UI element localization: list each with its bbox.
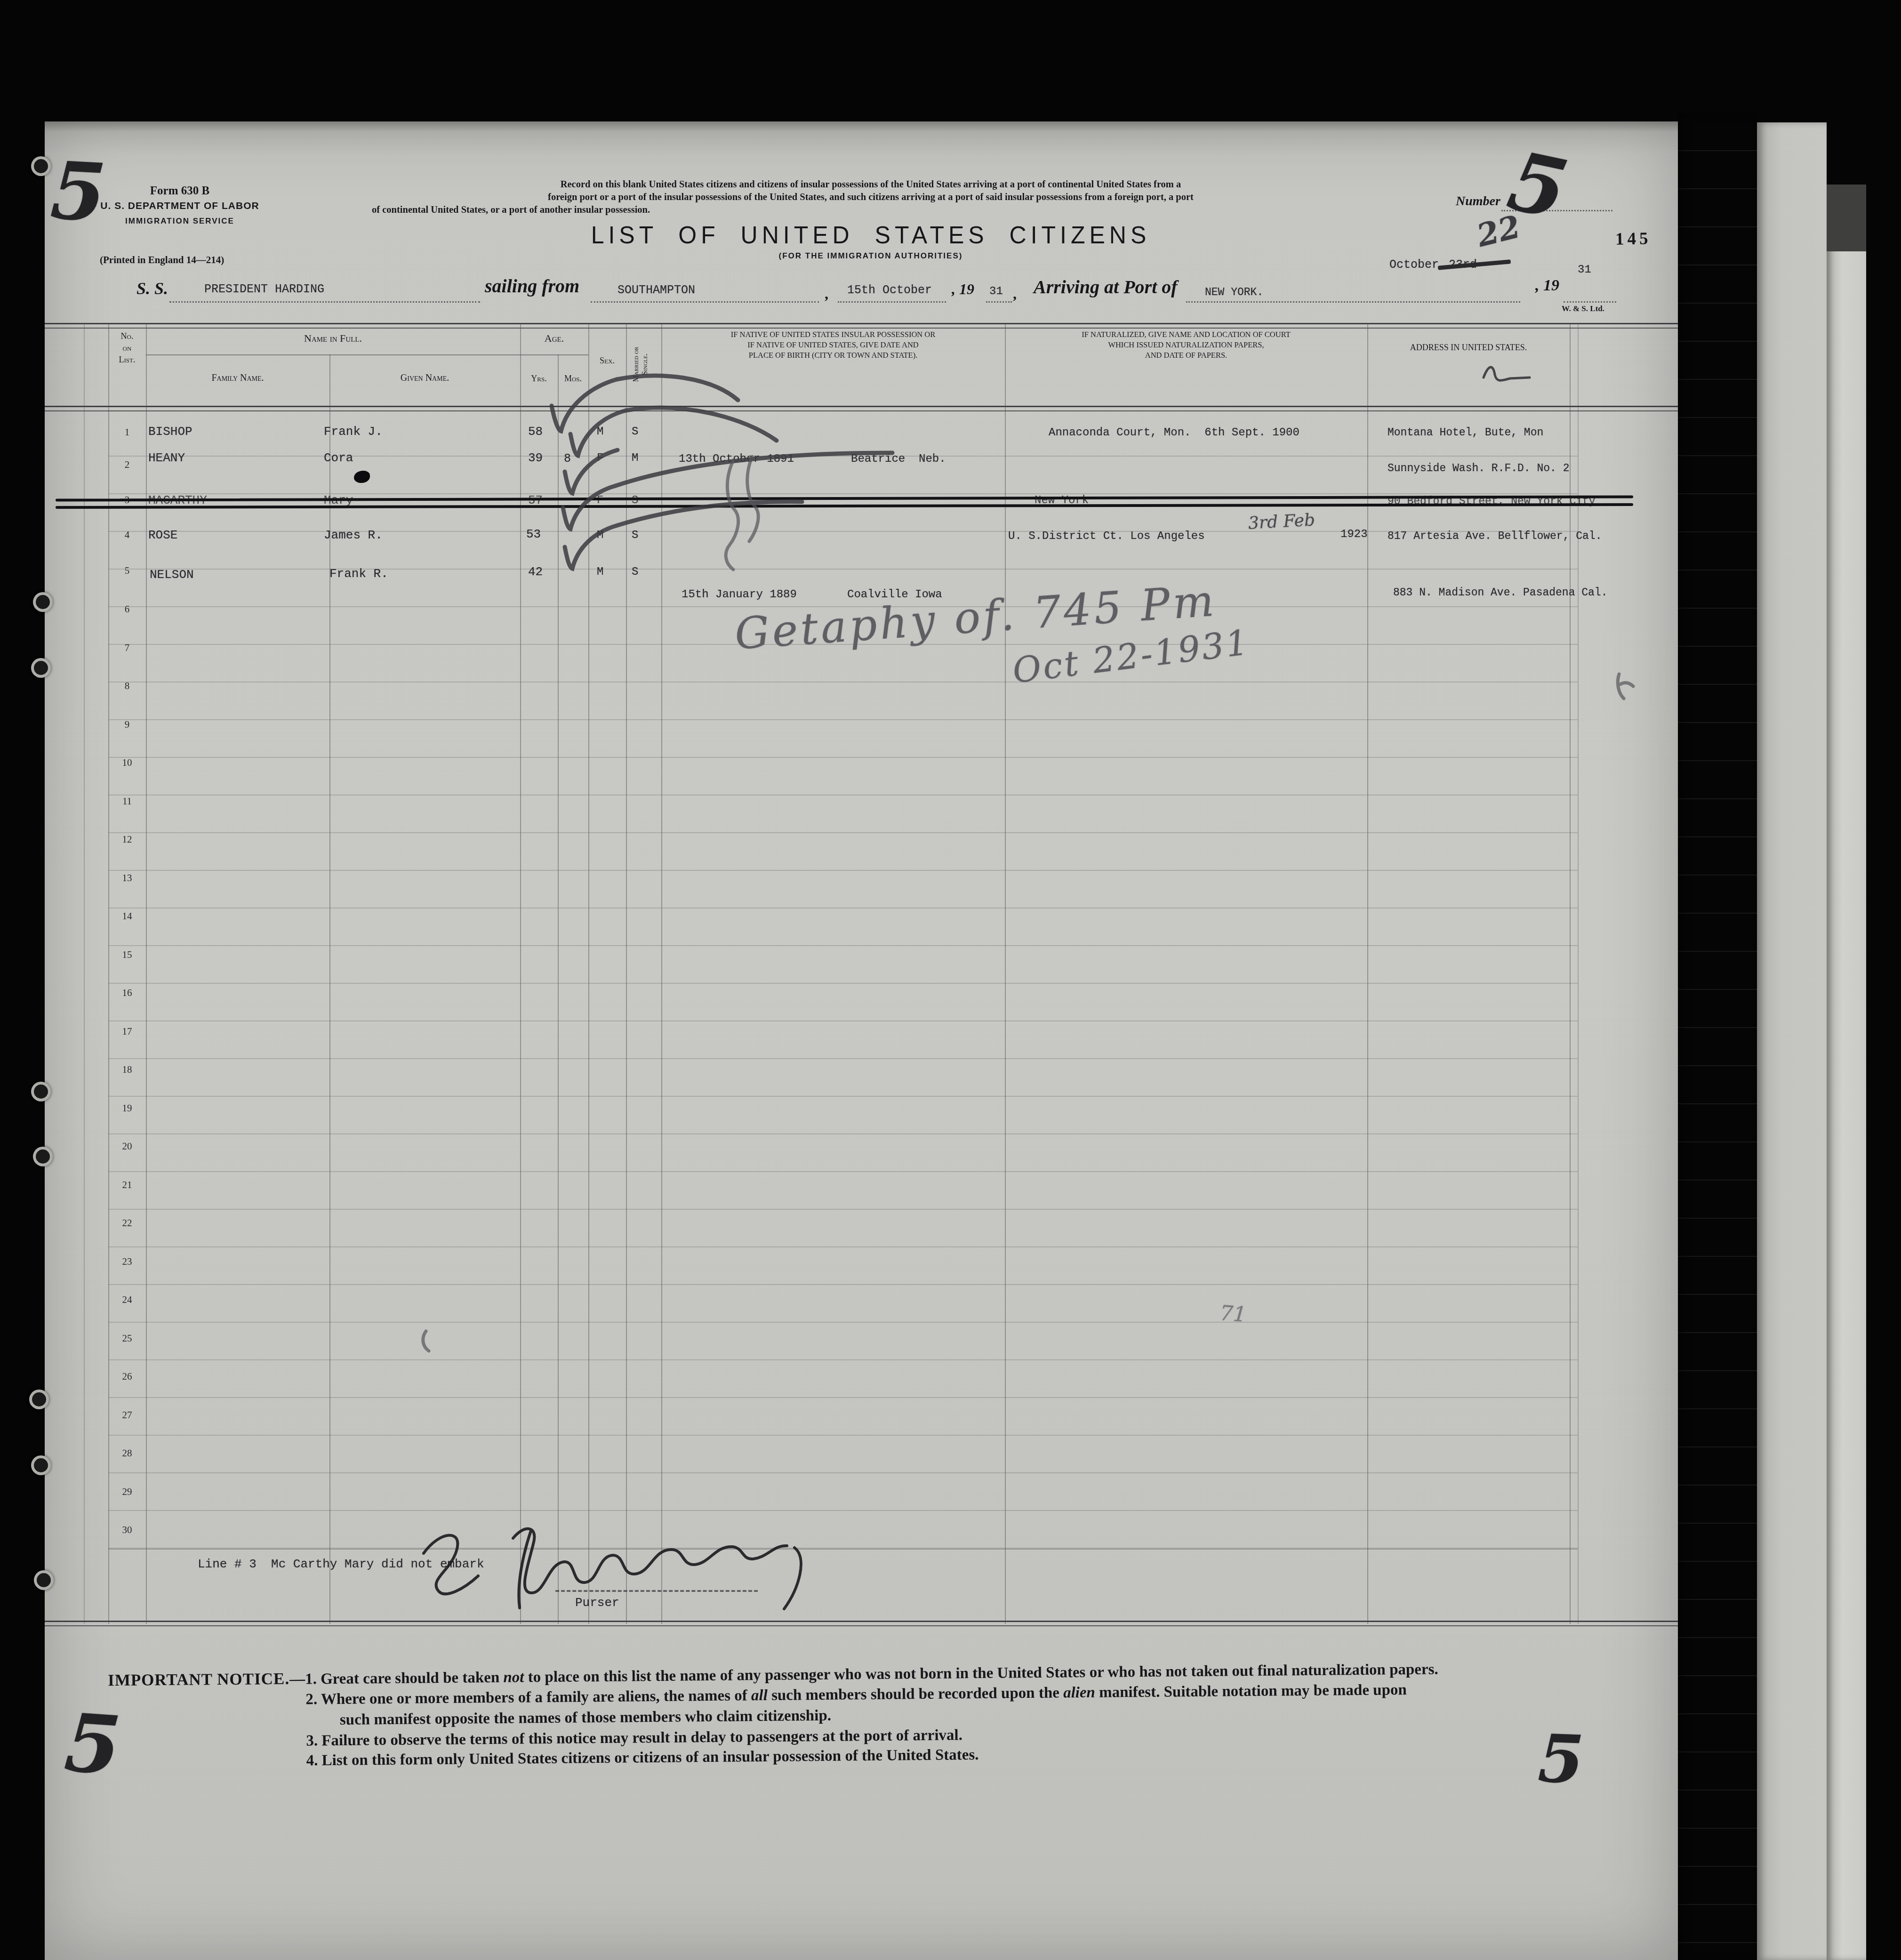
notice-text: —1. Great care should be taken xyxy=(289,1669,504,1688)
notice-text-italic: all xyxy=(751,1687,768,1704)
notice-heading: IMPORTANT NOTICE. xyxy=(108,1670,289,1689)
notice-text: manifest. Suitable notation may be made … xyxy=(1095,1681,1407,1701)
purser-label: Purser xyxy=(575,1596,619,1610)
notice-text: such members should be recorded upon the xyxy=(768,1684,1064,1703)
scanned-manifest-page: 5 Form 630 B U. S. DEPARTMENT OF LABOR I… xyxy=(0,0,1901,1960)
notice-text-italic: alien xyxy=(1063,1684,1095,1702)
notice-text: 2. Where one or more members of a family… xyxy=(305,1687,751,1708)
hand-page-number-bottom-right: 5 xyxy=(1537,1720,1585,1799)
signature-underline xyxy=(555,1590,758,1592)
hand-page-number-bottom-left: 5 xyxy=(62,1695,124,1793)
notice-text-italic: not xyxy=(503,1669,524,1686)
